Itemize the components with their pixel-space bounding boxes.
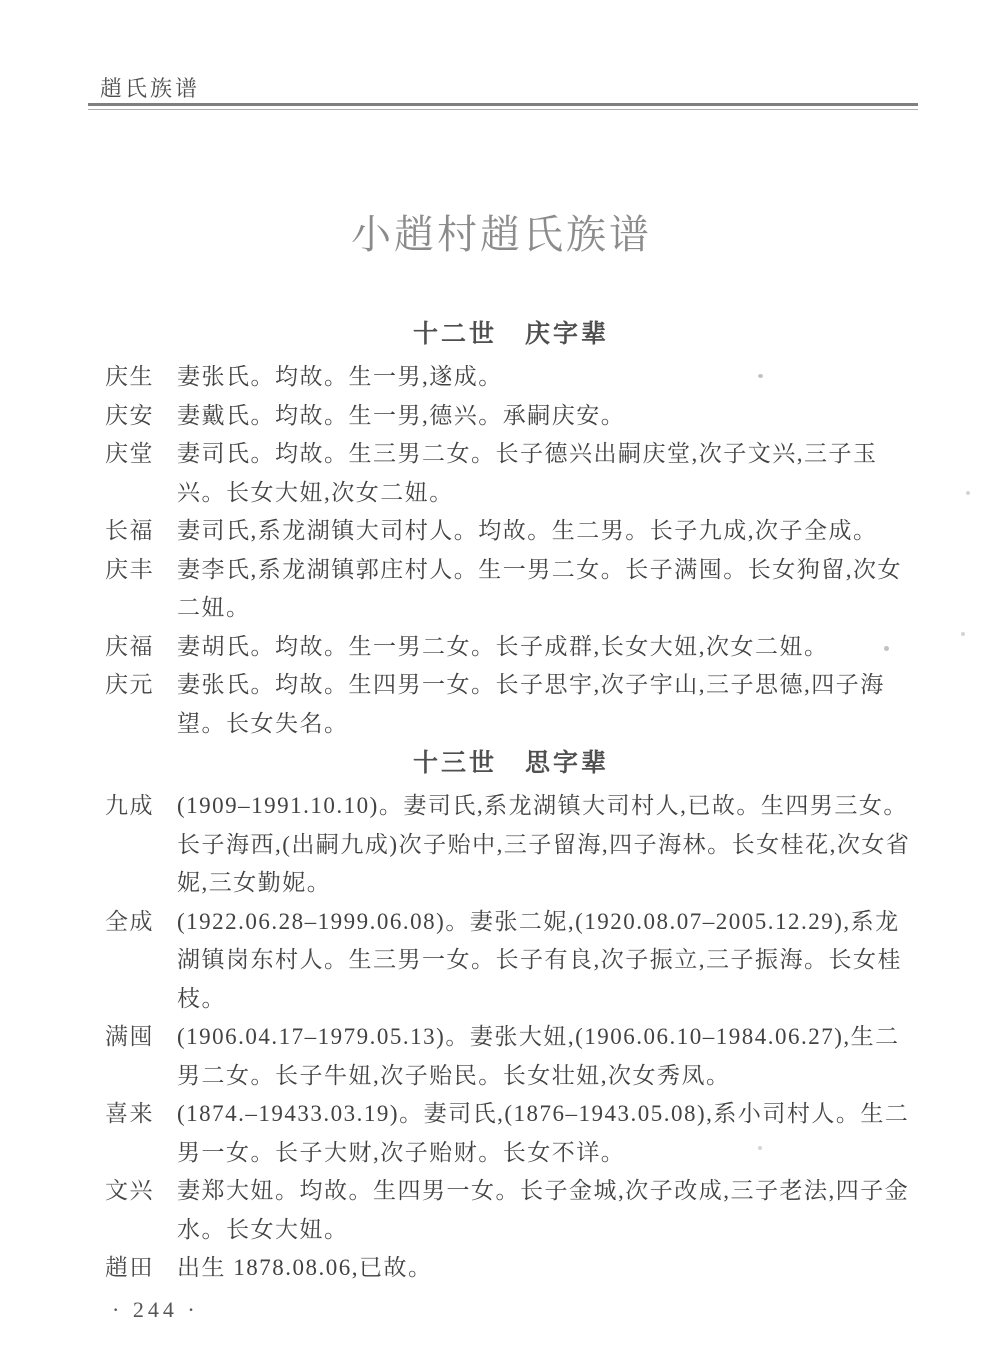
entry-name: 长福 — [105, 512, 177, 551]
genealogy-entry: 长福妻司氏,系龙湖镇大司村人。均故。生二男。长子九成,次子全成。 — [105, 512, 917, 551]
entry-name: 文兴 — [105, 1172, 177, 1211]
entry-text: 妻胡氏。均故。生一男二女。长子成群,长女大妞,次女二妞。 — [177, 628, 917, 667]
running-head-title: 趙氏族谱 — [100, 72, 200, 103]
entry-text: (1906.04.17–1979.05.13)。妻张大妞,(1906.06.10… — [177, 1018, 917, 1095]
entry-name: 庆丰 — [105, 551, 177, 590]
genealogy-entry: 文兴妻郑大妞。均故。生四男一女。长子金城,次子改成,三子老法,四子金水。长女大妞… — [105, 1172, 917, 1249]
entry-name: 喜来 — [105, 1095, 177, 1134]
scan-speck — [966, 491, 970, 495]
entry-text: 出生 1878.08.06,已故。 — [177, 1249, 917, 1288]
genealogy-entry: 九成(1909–1991.10.10)。妻司氏,系龙湖镇大司村人,已故。生四男三… — [105, 787, 917, 903]
page-title: 小趙村趙氏族谱 — [0, 203, 1000, 260]
page-number: · 244 · — [112, 1297, 199, 1323]
entry-text: 妻李氏,系龙湖镇郭庄村人。生一男二女。长子满囤。长女狗留,次女二妞。 — [177, 551, 917, 628]
entry-name: 趙田 — [105, 1249, 177, 1288]
header-double-rule — [88, 103, 918, 110]
entry-name: 庆福 — [105, 628, 177, 667]
entry-name: 九成 — [105, 787, 177, 826]
genealogy-entry: 庆丰妻李氏,系龙湖镇郭庄村人。生一男二女。长子满囤。长女狗留,次女二妞。 — [105, 551, 917, 628]
entry-name: 全成 — [105, 903, 177, 942]
entry-text: 妻张氏。均故。生四男一女。长子思宇,次子宇山,三子思德,四子海望。长女失名。 — [177, 666, 917, 743]
entry-name: 庆安 — [105, 397, 177, 436]
scan-speck — [884, 646, 889, 651]
entry-text: 妻郑大妞。均故。生四男一女。长子金城,次子改成,三子老法,四子金水。长女大妞。 — [177, 1172, 917, 1249]
entry-text: 妻张氏。均故。生一男,遂成。 — [177, 358, 917, 397]
header-rule-thick — [88, 103, 918, 106]
entry-text: (1909–1991.10.10)。妻司氏,系龙湖镇大司村人,已故。生四男三女。… — [177, 787, 917, 903]
genealogy-entry: 喜来(1874.–19433.03.19)。妻司氏,(1876–1943.05.… — [105, 1095, 917, 1172]
genealogy-entry: 庆元妻张氏。均故。生四男一女。长子思宇,次子宇山,三子思德,四子海望。长女失名。 — [105, 666, 917, 743]
scan-speck — [758, 374, 763, 378]
scan-speck — [961, 632, 965, 636]
genealogy-entry: 庆堂妻司氏。均故。生三男二女。长子德兴出嗣庆堂,次子文兴,三子玉兴。长女大妞,次… — [105, 435, 917, 512]
entry-text: 妻戴氏。均故。生一男,德兴。承嗣庆安。 — [177, 397, 917, 436]
genealogy-body: 十二世 庆字辈庆生妻张氏。均故。生一男,遂成。庆安妻戴氏。均故。生一男,德兴。承… — [105, 314, 917, 1288]
section-heading: 十三世 思字辈 — [105, 745, 917, 783]
genealogy-entry: 全成(1922.06.28–1999.06.08)。妻张二妮,(1920.08.… — [105, 903, 917, 1019]
section-heading: 十二世 庆字辈 — [105, 316, 917, 354]
entry-name: 庆元 — [105, 666, 177, 705]
genealogy-entry: 趙田出生 1878.08.06,已故。 — [105, 1249, 917, 1288]
genealogy-entry: 满囤(1906.04.17–1979.05.13)。妻张大妞,(1906.06.… — [105, 1018, 917, 1095]
entry-name: 庆生 — [105, 358, 177, 397]
genealogy-entry: 庆福妻胡氏。均故。生一男二女。长子成群,长女大妞,次女二妞。 — [105, 628, 917, 667]
book-page: 趙氏族谱 小趙村趙氏族谱 十二世 庆字辈庆生妻张氏。均故。生一男,遂成。庆安妻戴… — [0, 0, 1000, 1365]
genealogy-entry: 庆生妻张氏。均故。生一男,遂成。 — [105, 358, 917, 397]
entry-name: 庆堂 — [105, 435, 177, 474]
entry-name: 满囤 — [105, 1018, 177, 1057]
entry-text: (1922.06.28–1999.06.08)。妻张二妮,(1920.08.07… — [177, 903, 917, 1019]
scan-speck — [758, 1146, 762, 1150]
entry-text: 妻司氏。均故。生三男二女。长子德兴出嗣庆堂,次子文兴,三子玉兴。长女大妞,次女二… — [177, 435, 917, 512]
header-rule-thin — [88, 109, 918, 110]
genealogy-entry: 庆安妻戴氏。均故。生一男,德兴。承嗣庆安。 — [105, 397, 917, 436]
entry-text: 妻司氏,系龙湖镇大司村人。均故。生二男。长子九成,次子全成。 — [177, 512, 917, 551]
entry-text: (1874.–19433.03.19)。妻司氏,(1876–1943.05.08… — [177, 1095, 917, 1172]
